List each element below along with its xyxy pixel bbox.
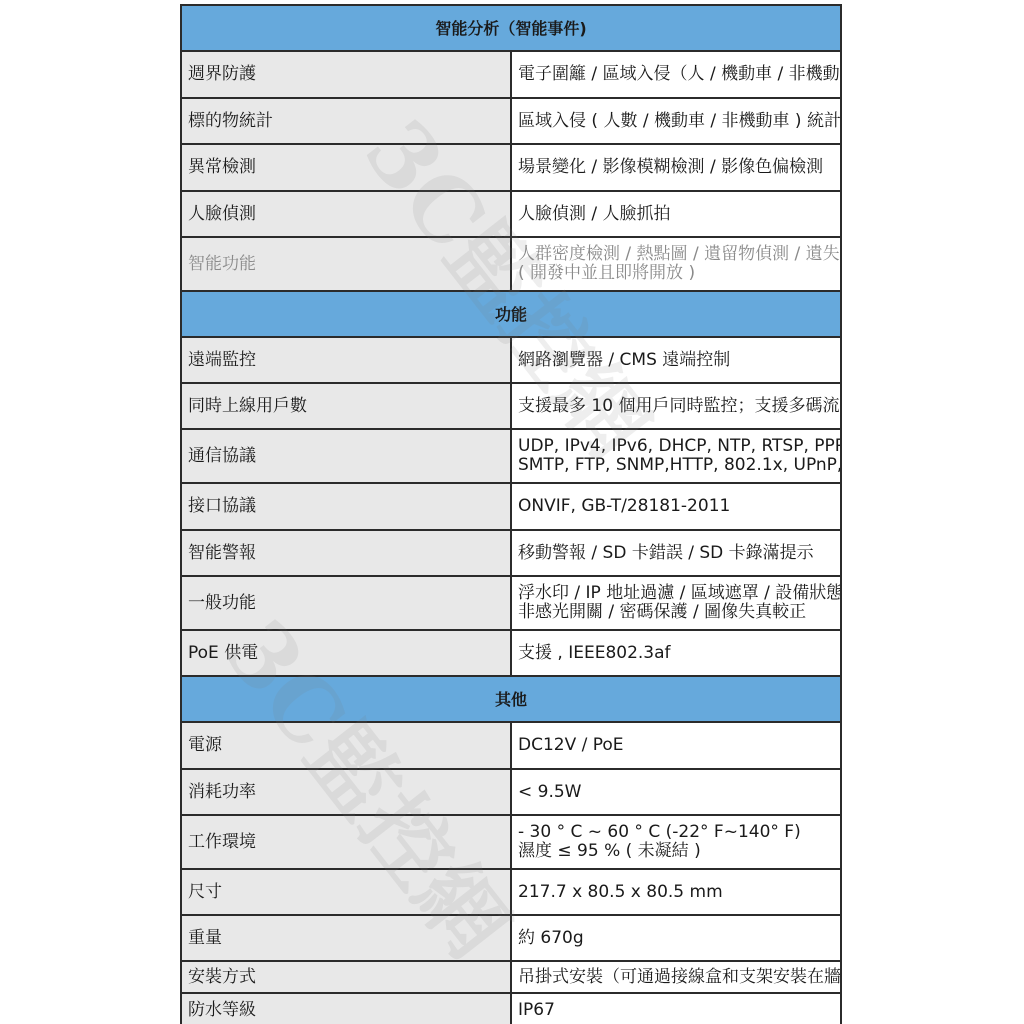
spec-row: 智能警報移動警報 / SD 卡錯誤 / SD 卡錄滿提示 [181, 530, 841, 576]
spec-row: 遠端監控網路瀏覽器 / CMS 遠端控制 [181, 337, 841, 383]
spec-row: 安裝方式吊掛式安裝（可通過接線盒和支架安裝在牆上) [181, 961, 841, 993]
spec-value: 支援 , IEEE802.3af [511, 630, 841, 676]
spec-value: ONVIF, GB-T/28181-2011 [511, 483, 841, 530]
spec-row: 尺寸217.7 x 80.5 x 80.5 mm [181, 869, 841, 915]
spec-value: 移動警報 / SD 卡錯誤 / SD 卡錄滿提示 [511, 530, 841, 576]
spec-value-line: 人臉偵測 / 人臉抓拍 [518, 205, 840, 224]
spec-value-line: SMTP, FTP, SNMP,HTTP, 802.1x, UPnP, HTTP… [518, 456, 840, 475]
spec-value-line: 約 670g [518, 929, 840, 948]
spec-value: 人臉偵測 / 人臉抓拍 [511, 191, 841, 237]
spec-label: 智能警報 [181, 530, 511, 576]
spec-value-line: ( 開發中並且即將開放 ) [518, 264, 840, 283]
spec-value: 場景變化 / 影像模糊檢測 / 影像色偏檢測 [511, 144, 841, 191]
spec-value-line: < 9.5W [518, 783, 840, 802]
spec-value-line: 浮水印 / IP 地址過濾 / 區域遮罩 / 設備狀態偵測 / [518, 584, 840, 603]
spec-table-body: 智能分析（智能事件)週界防護電子圍籬 / 區域入侵（人 / 機動車 / 非機動車… [181, 5, 841, 1024]
spec-row: 智能功能人群密度檢測 / 熱點圖 / 遺留物偵測 / 遺失物偵測( 開發中並且即… [181, 237, 841, 291]
spec-row: 通信協議UDP, IPv4, IPv6, DHCP, NTP, RTSP, PP… [181, 429, 841, 483]
spec-row: 一般功能浮水印 / IP 地址過濾 / 區域遮罩 / 設備狀態偵測 /非感光開關… [181, 576, 841, 630]
spec-row: 人臉偵測人臉偵測 / 人臉抓拍 [181, 191, 841, 237]
spec-row: PoE 供電支援 , IEEE802.3af [181, 630, 841, 676]
spec-label: 通信協議 [181, 429, 511, 483]
spec-row: 工作環境- 30 ° C ~ 60 ° C (-22° F~140° F)濕度 … [181, 815, 841, 869]
spec-value-line: 支援 , IEEE802.3af [518, 644, 840, 663]
spec-value-line: ONVIF, GB-T/28181-2011 [518, 497, 840, 516]
spec-value: - 30 ° C ~ 60 ° C (-22° F~140° F)濕度 ≤ 95… [511, 815, 841, 869]
spec-value-line: 吊掛式安裝（可通過接線盒和支架安裝在牆上) [518, 968, 840, 987]
section-title: 智能分析（智能事件) [181, 5, 841, 51]
spec-value-line: 濕度 ≤ 95 % ( 未凝結 ) [518, 842, 840, 861]
spec-value: 網路瀏覽器 / CMS 遠端控制 [511, 337, 841, 383]
spec-label: 電源 [181, 722, 511, 769]
spec-row: 接口協議ONVIF, GB-T/28181-2011 [181, 483, 841, 530]
spec-row: 同時上線用戶數支援最多 10 個用戶同時監控；支援多碼流即時傳輸 [181, 383, 841, 429]
spec-label: 接口協議 [181, 483, 511, 530]
spec-label: 消耗功率 [181, 769, 511, 815]
spec-value: 區域入侵 ( 人數 / 機動車 / 非機動車 ) 統計 [511, 98, 841, 144]
spec-value: 人群密度檢測 / 熱點圖 / 遺留物偵測 / 遺失物偵測( 開發中並且即將開放 … [511, 237, 841, 291]
spec-value: IP67 [511, 993, 841, 1024]
spec-label: 遠端監控 [181, 337, 511, 383]
spec-row: 防水等級IP67 [181, 993, 841, 1024]
spec-row: 異常檢測場景變化 / 影像模糊檢測 / 影像色偏檢測 [181, 144, 841, 191]
spec-label: 人臉偵測 [181, 191, 511, 237]
section-title: 其他 [181, 676, 841, 722]
spec-label: 防水等級 [181, 993, 511, 1024]
spec-label: 同時上線用戶數 [181, 383, 511, 429]
spec-value-line: UDP, IPv4, IPv6, DHCP, NTP, RTSP, PPPoE,… [518, 437, 840, 456]
spec-sheet-page: 智能分析（智能事件)週界防護電子圍籬 / 區域入侵（人 / 機動車 / 非機動車… [0, 0, 1024, 1024]
spec-value: < 9.5W [511, 769, 841, 815]
section-header: 其他 [181, 676, 841, 722]
section-header: 智能分析（智能事件) [181, 5, 841, 51]
spec-value-line: 支援最多 10 個用戶同時監控；支援多碼流即時傳輸 [518, 397, 840, 416]
spec-value: DC12V / PoE [511, 722, 841, 769]
spec-label: 重量 [181, 915, 511, 961]
spec-label: 異常檢測 [181, 144, 511, 191]
spec-value-line: 區域入侵 ( 人數 / 機動車 / 非機動車 ) 統計 [518, 112, 840, 131]
spec-row: 標的物統計區域入侵 ( 人數 / 機動車 / 非機動車 ) 統計 [181, 98, 841, 144]
spec-value-line: - 30 ° C ~ 60 ° C (-22° F~140° F) [518, 823, 840, 842]
spec-value-line: IP67 [518, 1001, 840, 1020]
spec-label: PoE 供電 [181, 630, 511, 676]
spec-value-line: 217.7 x 80.5 x 80.5 mm [518, 883, 840, 902]
section-header: 功能 [181, 291, 841, 337]
spec-label: 安裝方式 [181, 961, 511, 993]
spec-value-line: 場景變化 / 影像模糊檢測 / 影像色偏檢測 [518, 158, 840, 177]
spec-value-line: 網路瀏覽器 / CMS 遠端控制 [518, 351, 840, 370]
spec-value: 浮水印 / IP 地址過濾 / 區域遮罩 / 設備狀態偵測 /非感光開關 / 密… [511, 576, 841, 630]
spec-value-line: 電子圍籬 / 區域入侵（人 / 機動車 / 非機動車分類) [518, 65, 840, 84]
spec-value-line: 非感光開關 / 密碼保護 / 圖像失真較正 [518, 603, 840, 622]
spec-label: 智能功能 [181, 237, 511, 291]
spec-label: 標的物統計 [181, 98, 511, 144]
spec-row: 重量約 670g [181, 915, 841, 961]
spec-value: 217.7 x 80.5 x 80.5 mm [511, 869, 841, 915]
spec-value: 約 670g [511, 915, 841, 961]
spec-value: 吊掛式安裝（可通過接線盒和支架安裝在牆上) [511, 961, 841, 993]
section-title: 功能 [181, 291, 841, 337]
spec-value-line: 人群密度檢測 / 熱點圖 / 遺留物偵測 / 遺失物偵測 [518, 245, 840, 264]
spec-row: 週界防護電子圍籬 / 區域入侵（人 / 機動車 / 非機動車分類) [181, 51, 841, 98]
spec-label: 一般功能 [181, 576, 511, 630]
spec-label: 工作環境 [181, 815, 511, 869]
spec-table: 智能分析（智能事件)週界防護電子圍籬 / 區域入侵（人 / 機動車 / 非機動車… [180, 4, 842, 1024]
spec-value: UDP, IPv4, IPv6, DHCP, NTP, RTSP, PPPoE,… [511, 429, 841, 483]
spec-value: 支援最多 10 個用戶同時監控；支援多碼流即時傳輸 [511, 383, 841, 429]
spec-value: 電子圍籬 / 區域入侵（人 / 機動車 / 非機動車分類) [511, 51, 841, 98]
spec-row: 消耗功率< 9.5W [181, 769, 841, 815]
spec-label: 尺寸 [181, 869, 511, 915]
spec-label: 週界防護 [181, 51, 511, 98]
spec-value-line: DC12V / PoE [518, 736, 840, 755]
spec-row: 電源DC12V / PoE [181, 722, 841, 769]
spec-value-line: 移動警報 / SD 卡錯誤 / SD 卡錄滿提示 [518, 544, 840, 563]
